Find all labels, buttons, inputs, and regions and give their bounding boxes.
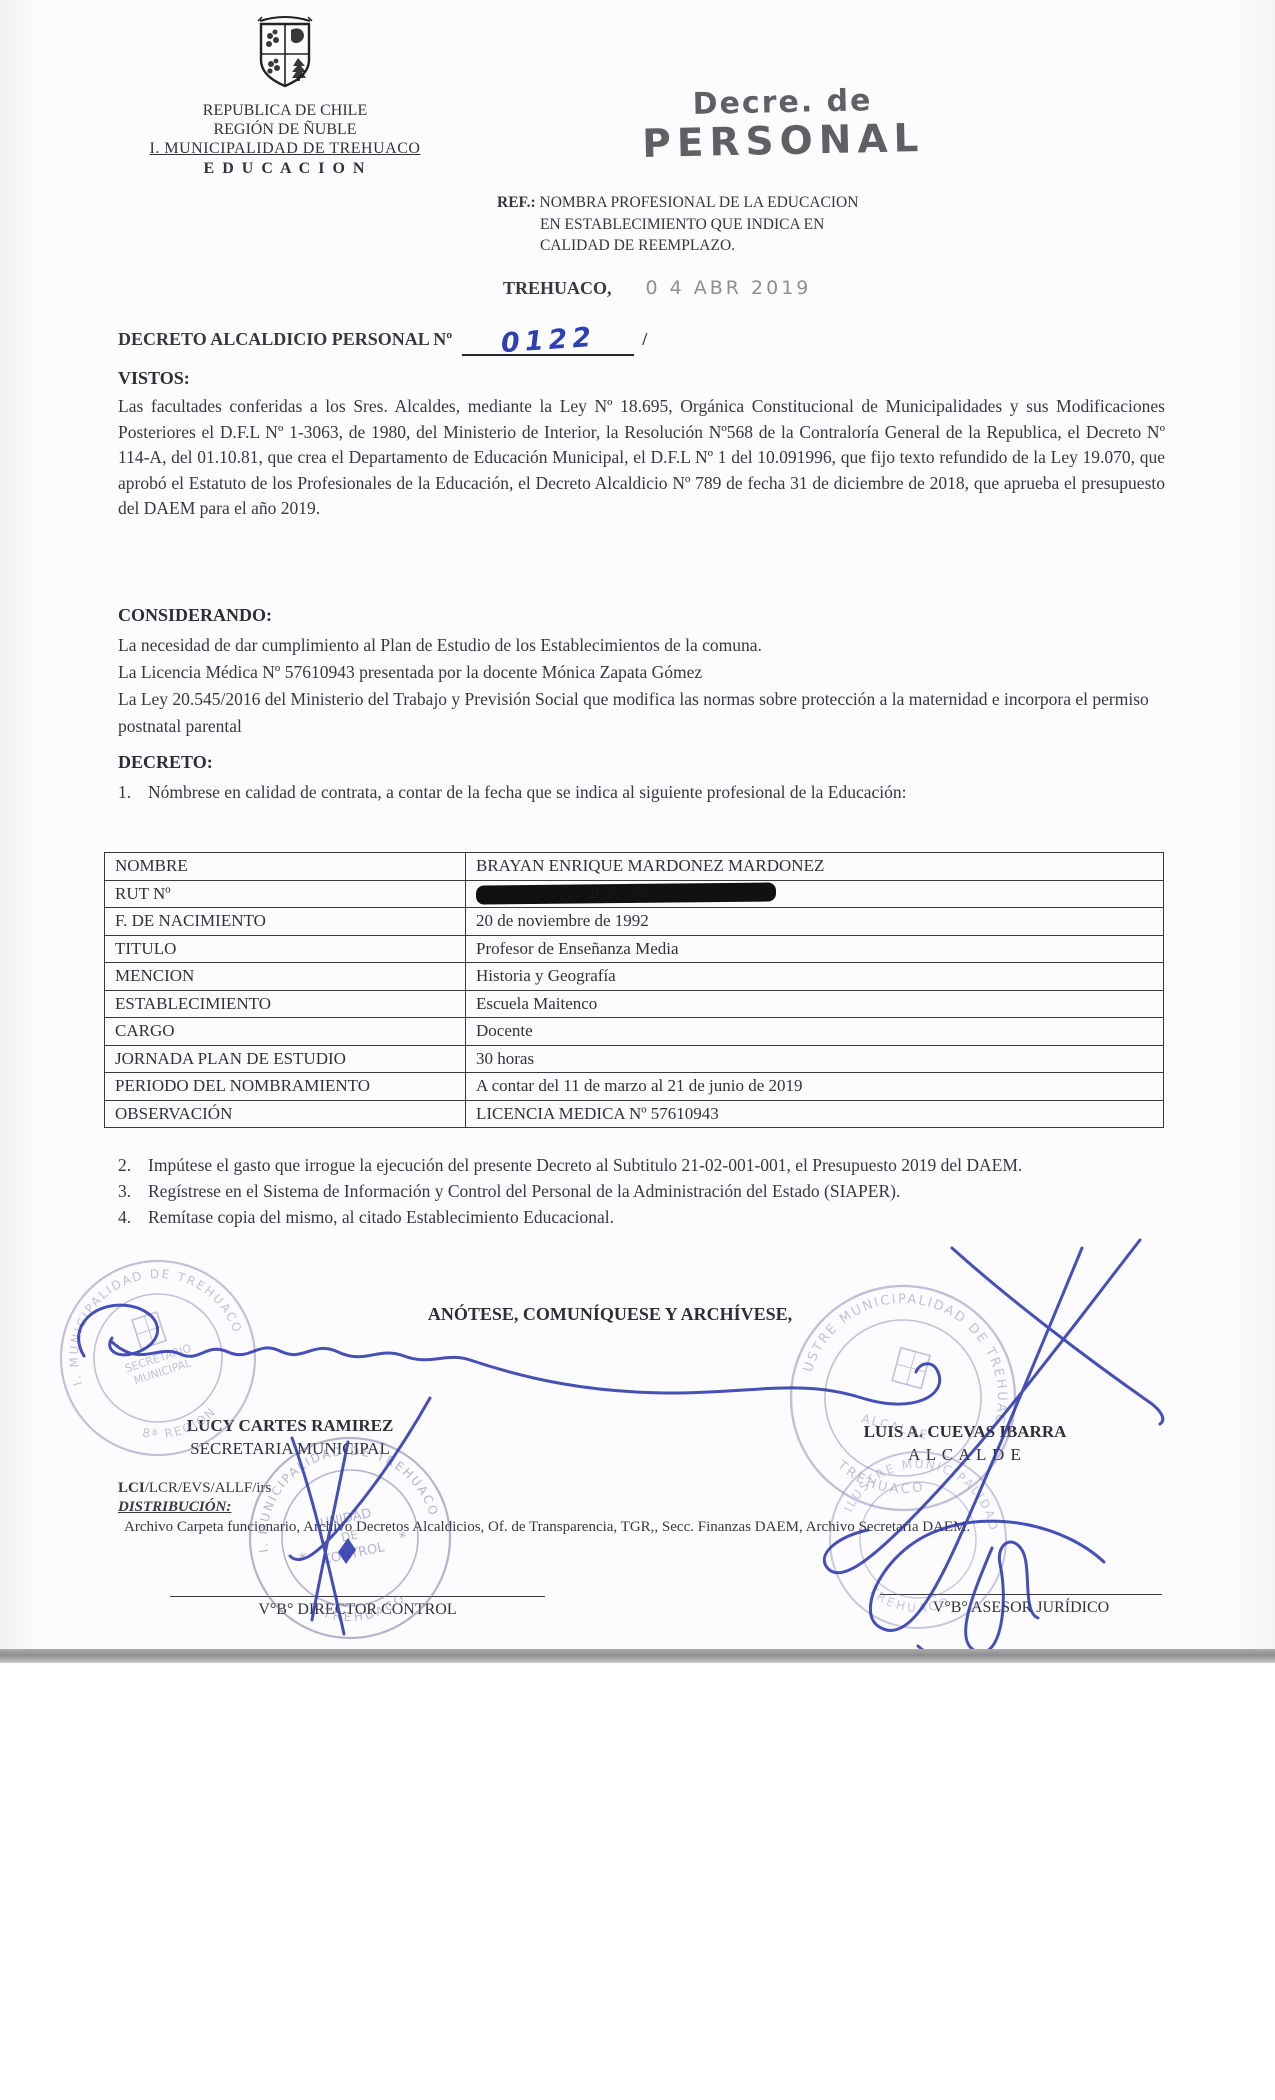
distribution-text: Archivo Carpeta funcionario, Archivo Dec… <box>124 1519 1184 1536</box>
drafting-initials: LCI/LCR/EVS/ALLF/irs <box>118 1480 271 1497</box>
item-number: 4. <box>118 1204 148 1230</box>
ref-line-1: REF.: NOMBRA PROFESIONAL DE LA EDUCACION <box>497 192 917 214</box>
ref-text-3: CALIDAD DE REEMPLAZO. <box>540 235 917 257</box>
row-label: JORNADA PLAN DE ESTUDIO <box>105 1045 466 1073</box>
table-row: NOMBREBRAYAN ENRIQUE MARDONEZ MARDONEZ <box>105 853 1164 881</box>
date-stamp: 0 4 ABR 2019 <box>646 277 812 299</box>
row-label: F. DE NACIMIENTO <box>105 908 466 936</box>
rut-redaction-bar: 18.260.053-9 <box>476 883 776 905</box>
decree-number-handwritten: 0122 <box>500 325 597 358</box>
personnel-decree-stamp: Decre. de PERSONAL <box>597 82 969 168</box>
header-department: E D U C A C I O N <box>118 159 452 178</box>
table-row: OBSERVACIÓNLICENCIA MEDICA Nº 57610943 <box>105 1100 1164 1128</box>
row-label: PERIODO DEL NOMBRAMIENTO <box>105 1073 466 1101</box>
initials-bold: LCI <box>118 1480 145 1496</box>
signatory-right-title: A L C A L D E <box>800 1445 1130 1465</box>
closing-formula: ANÓTESE, COMUNÍQUESE Y ARCHÍVESE, <box>330 1304 890 1325</box>
decreto-items-2-4: 2.Impútese el gasto que irrogue la ejecu… <box>118 1152 1165 1230</box>
considerando-items: La necesidad de dar cumplimiento al Plan… <box>118 632 1165 740</box>
decreto-heading: DECRETO: <box>118 752 213 773</box>
table-row: MENCIONHistoria y Geografía <box>105 963 1164 991</box>
ref-text-1: NOMBRA PROFESIONAL DE LA EDUCACION <box>540 194 859 211</box>
scanned-decree-page: REPUBLICA DE CHILE REGIÓN DE ÑUBLE I. MU… <box>0 0 1275 2100</box>
table-row: ESTABLECIMIENTOEscuela Maitenco <box>105 990 1164 1018</box>
row-value: Historia y Geografía <box>466 963 1164 991</box>
decree-number-field: 0122 <box>462 328 634 356</box>
row-value-redacted: 18.260.053-9 <box>466 880 1164 908</box>
scanner-edge-band <box>0 1649 1275 1663</box>
table-row: RUT Nº18.260.053-9 <box>105 880 1164 908</box>
ref-text-2: EN ESTABLECIMIENTO QUE INDICA EN <box>540 214 917 236</box>
signatory-left-name: LUCY CARTES RAMIREZ <box>130 1416 450 1436</box>
row-label: RUT Nº <box>105 880 466 908</box>
coat-of-arms-icon <box>248 12 322 96</box>
row-label: MENCION <box>105 963 466 991</box>
table-row: PERIODO DEL NOMBRAMIENTOA contar del 11 … <box>105 1073 1164 1101</box>
vb-director-control: V°B° DIRECTOR CONTROL <box>170 1596 545 1619</box>
item-text: Impútese el gasto que irrogue la ejecuci… <box>148 1152 1165 1178</box>
appointment-table: NOMBREBRAYAN ENRIQUE MARDONEZ MARDONEZ R… <box>104 852 1164 1128</box>
row-value: 20 de noviembre de 1992 <box>466 908 1164 936</box>
considerando-item: La Licencia Médica Nº 57610943 presentad… <box>118 659 1165 686</box>
row-value: LICENCIA MEDICA Nº 57610943 <box>466 1100 1164 1128</box>
ref-block: REF.: NOMBRA PROFESIONAL DE LA EDUCACION… <box>497 192 917 257</box>
row-value: Docente <box>466 1018 1164 1046</box>
vb-asesor-juridico: V°B° ASESOR JURÍDICO <box>880 1594 1162 1617</box>
table-row: JORNADA PLAN DE ESTUDIO30 horas <box>105 1045 1164 1073</box>
signatory-left-title: SECRETARIA MUNICIPAL <box>130 1439 450 1459</box>
row-label: TITULO <box>105 935 466 963</box>
item-text: Nómbrese en calidad de contrata, a conta… <box>148 779 1165 805</box>
row-label: ESTABLECIMIENTO <box>105 990 466 1018</box>
item-number: 1. <box>118 779 148 805</box>
place-label: TREHUACO, <box>503 278 612 298</box>
decreto-item-1: 1.Nómbrese en calidad de contrata, a con… <box>118 779 1165 805</box>
row-value: Profesor de Enseñanza Media <box>466 935 1164 963</box>
place-date-line: TREHUACO,0 4 ABR 2019 <box>503 277 811 299</box>
row-value: 30 horas <box>466 1045 1164 1073</box>
signatory-left: LUCY CARTES RAMIREZ SECRETARIA MUNICIPAL <box>130 1416 450 1459</box>
header-municipality: I. MUNICIPALIDAD DE TREHUACO <box>118 139 452 158</box>
decreto-item-4: 4.Remítase copia del mismo, al citado Es… <box>118 1204 1165 1230</box>
stamp-line-2: PERSONAL <box>598 116 969 168</box>
decreto-item-2: 2.Impútese el gasto que irrogue la ejecu… <box>118 1152 1165 1178</box>
table-row: TITULOProfesor de Enseñanza Media <box>105 935 1164 963</box>
table-row: CARGODocente <box>105 1018 1164 1046</box>
vistos-body: Las facultades conferidas a los Sres. Al… <box>118 394 1165 522</box>
decree-number-line: DECRETO ALCALDICIO PERSONAL Nº0122/ <box>118 328 647 356</box>
row-value: Escuela Maitenco <box>466 990 1164 1018</box>
header-region: REGIÓN DE ÑUBLE <box>118 120 452 139</box>
considerando-item: La Ley 20.545/2016 del Ministerio del Tr… <box>118 686 1165 740</box>
row-label: NOMBRE <box>105 853 466 881</box>
item-text: Regístrese en el Sistema de Información … <box>148 1178 1165 1204</box>
considerando-heading: CONSIDERANDO: <box>118 605 272 626</box>
signatory-right: LUIS A. CUEVAS IBARRA A L C A L D E <box>800 1422 1130 1465</box>
row-label: OBSERVACIÓN <box>105 1100 466 1128</box>
item-number: 2. <box>118 1152 148 1178</box>
row-value: BRAYAN ENRIQUE MARDONEZ MARDONEZ <box>466 853 1164 881</box>
item-number: 3. <box>118 1178 148 1204</box>
vistos-heading: VISTOS: <box>118 368 190 389</box>
decree-number-label: DECRETO ALCALDICIO PERSONAL Nº <box>118 329 452 349</box>
distribution-label: DISTRIBUCIÓN: <box>118 1499 231 1516</box>
signatory-right-name: LUIS A. CUEVAS IBARRA <box>800 1422 1130 1442</box>
item-text: Remítase copia del mismo, al citado Esta… <box>148 1204 1165 1230</box>
decreto-item-3: 3.Regístrese en el Sistema de Informació… <box>118 1178 1165 1204</box>
table-row: F. DE NACIMIENTO20 de noviembre de 1992 <box>105 908 1164 936</box>
header-republic: REPUBLICA DE CHILE <box>118 101 452 120</box>
ref-label: REF.: <box>497 194 536 211</box>
decree-number-slash: / <box>642 329 647 349</box>
row-value: A contar del 11 de marzo al 21 de junio … <box>466 1073 1164 1101</box>
row-label: CARGO <box>105 1018 466 1046</box>
initials-rest: /LCR/EVS/ALLF/irs <box>145 1480 272 1496</box>
considerando-item: La necesidad de dar cumplimiento al Plan… <box>118 632 1165 659</box>
header-institution-block: REPUBLICA DE CHILE REGIÓN DE ÑUBLE I. MU… <box>118 12 452 178</box>
